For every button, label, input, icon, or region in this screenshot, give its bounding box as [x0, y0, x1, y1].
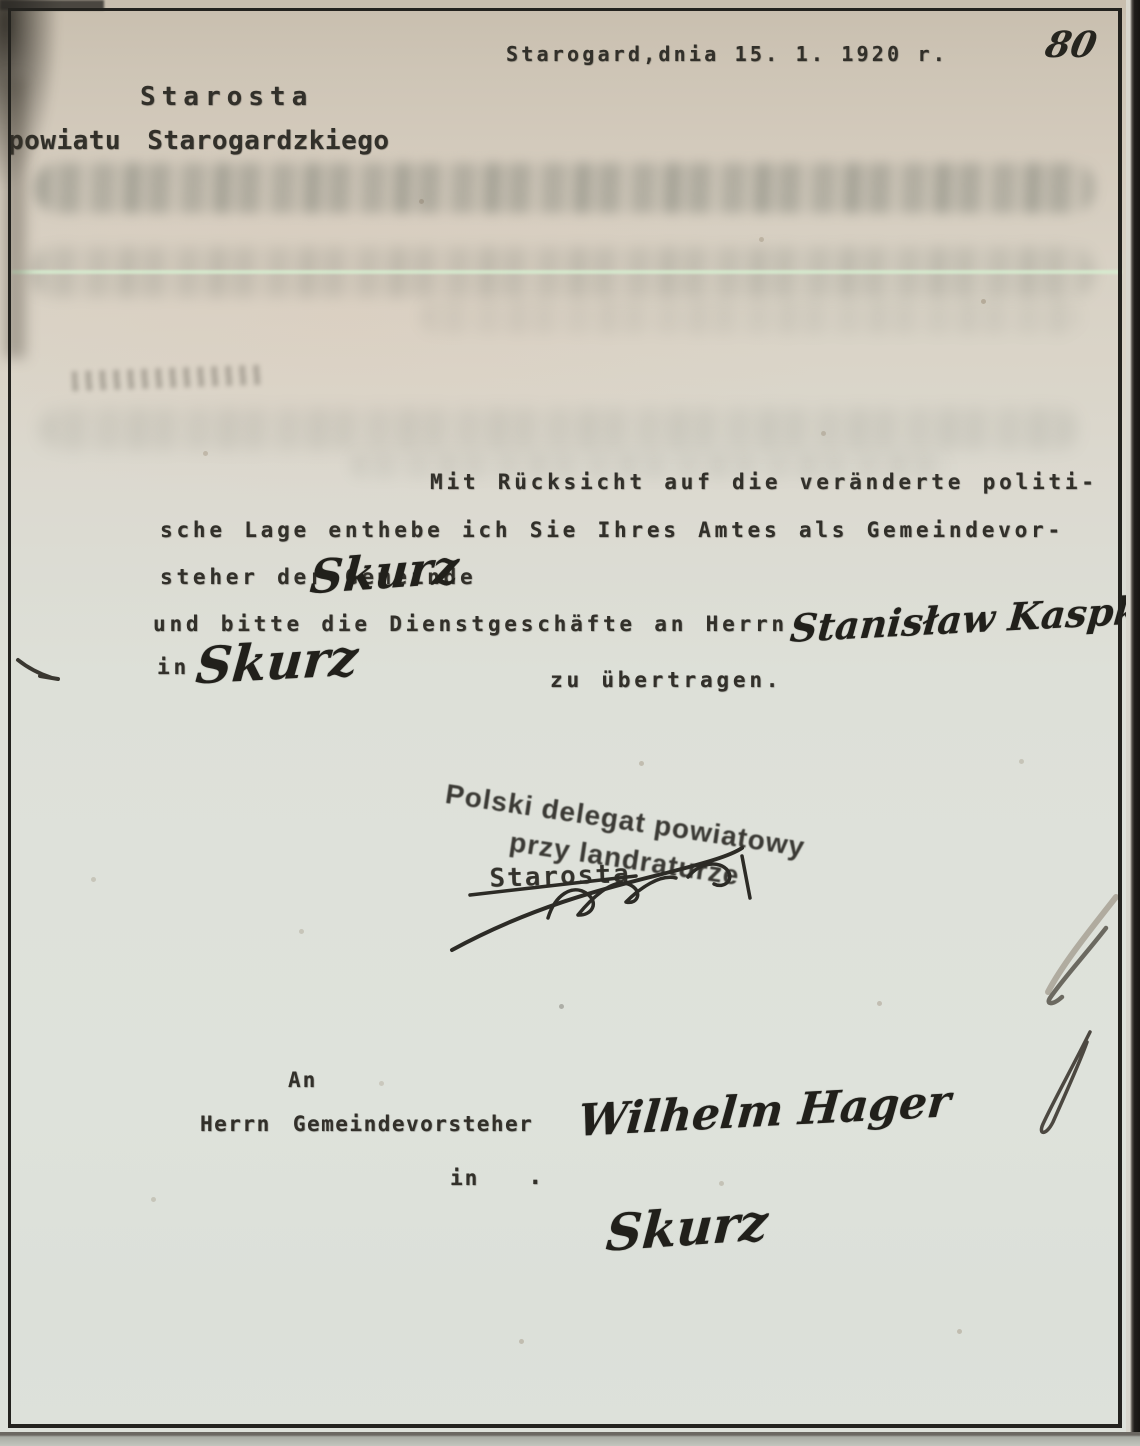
- body-line-1: Mit Rücksicht auf die veränderte politi-: [430, 470, 1098, 494]
- address-salutation: An: [288, 1068, 317, 1092]
- stamp-struck-word: Starosta: [489, 859, 631, 894]
- body-line-5-closing: zu übertragen.: [550, 668, 782, 692]
- scan-artifact-line: [12, 270, 1122, 274]
- body-line-4: und bitte die Dienstgeschäfte an Herrn: [153, 612, 788, 636]
- address-in: in: [450, 1166, 479, 1190]
- bleedthrough-band: [420, 300, 1080, 334]
- handwritten-place-3: Skurz: [604, 1192, 770, 1263]
- page-number: 80: [1042, 24, 1101, 66]
- scan-corner-mark: [0, 0, 104, 10]
- handwritten-place-2: Skurz: [194, 628, 361, 696]
- scan-edge-smear: [5, 78, 25, 358]
- scanned-letter-page: { "document": { "page_number": "80", "da…: [0, 0, 1140, 1446]
- scan-bottom-edge: [0, 1432, 1140, 1446]
- body-line-5: in: [157, 655, 190, 679]
- body-line-2: sche Lage enthebe ich Sie Ihres Amtes al…: [160, 518, 1064, 542]
- paper-background: [0, 0, 1140, 1446]
- bleedthrough-band: [40, 408, 1080, 450]
- letterhead-district: powiatu Starogardzkiego: [8, 126, 390, 156]
- scan-right-edge: [1126, 0, 1140, 1446]
- dateline: Starogard,dnia 15. 1. 1920 r.: [506, 42, 948, 66]
- address-period: .: [528, 1162, 542, 1190]
- letterhead-office: Starosta: [140, 82, 313, 112]
- handwritten-place-1: Skurz: [308, 540, 460, 605]
- bleedthrough-band: [35, 163, 1095, 213]
- address-recipient: Herrn Gemeindevorsteher: [200, 1112, 533, 1136]
